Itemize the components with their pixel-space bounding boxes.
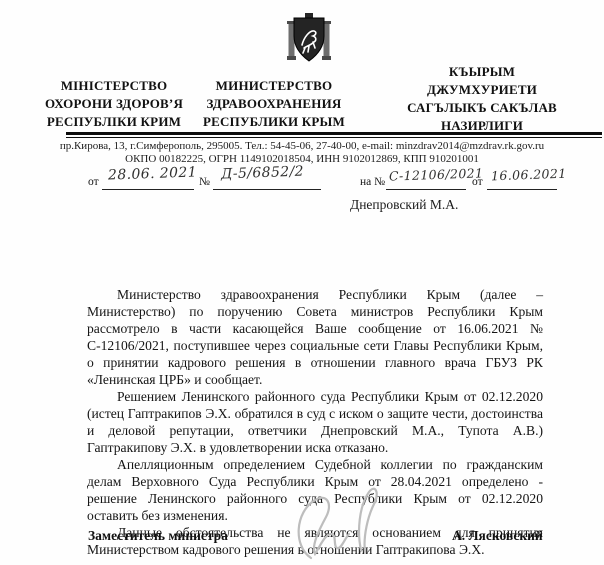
reply-number-label: на № (360, 176, 385, 188)
letterhead-divider-rule (66, 132, 602, 138)
outgoing-date-blank: 28.06. 2021 (102, 165, 194, 190)
reply-date-label: от (472, 176, 483, 188)
handwritten-signature (283, 484, 393, 564)
reply-date-blank: 16.06.2021 (487, 165, 557, 190)
outgoing-date-handwritten: 28.06. 2021 (108, 164, 198, 183)
letterhead-ministry-ukrainian: МІНІСТЕРСТВО ОХОРОНИ ЗДОРОВ’Я РЕСПУБЛІКИ… (26, 77, 202, 131)
body-paragraph: Решением Ленинского районного суда Респу… (87, 388, 543, 456)
outgoing-date-label: от (88, 176, 99, 188)
letterhead-ministry-crimean-tatar: КЪЫРЫМ ДЖУМХУРИЕТИ САГЪЛЫКЪ САКЪЛАВ НАЗИ… (400, 63, 564, 135)
signer-position-title: Заместитель министра (88, 528, 228, 544)
outgoing-number-blank: Д-5/6852/2 (213, 165, 321, 190)
letterhead-ministry-russian: МИНИСТЕРСТВО ЗДРАВООХРАНЕНИЯ РЕСПУБЛИКИ … (198, 77, 350, 131)
letterhead-contact-lines: пр.Кирова, 13, г.Симферополь, 295005. Те… (0, 140, 604, 166)
addressee-name: Днепровский М.А. (350, 197, 458, 213)
outgoing-number-handwritten: Д-5/6852/2 (221, 164, 305, 183)
reference-line: от 28.06. 2021 № Д-5/6852/2 на № С-12106… (0, 167, 604, 195)
reply-number-handwritten: С-12106/2021 (389, 165, 484, 183)
outgoing-number-label: № (199, 176, 210, 188)
crimea-coat-of-arms-icon (286, 12, 332, 66)
signer-name: А. Лясковский (452, 528, 543, 544)
reply-date-handwritten: 16.06.2021 (491, 166, 567, 184)
body-paragraph: Министерство здравоохранения Республики … (87, 286, 543, 388)
scanned-letter-page: МІНІСТЕРСТВО ОХОРОНИ ЗДОРОВ’Я РЕСПУБЛІКИ… (0, 0, 604, 565)
reply-number-blank: С-12106/2021 (386, 165, 466, 190)
